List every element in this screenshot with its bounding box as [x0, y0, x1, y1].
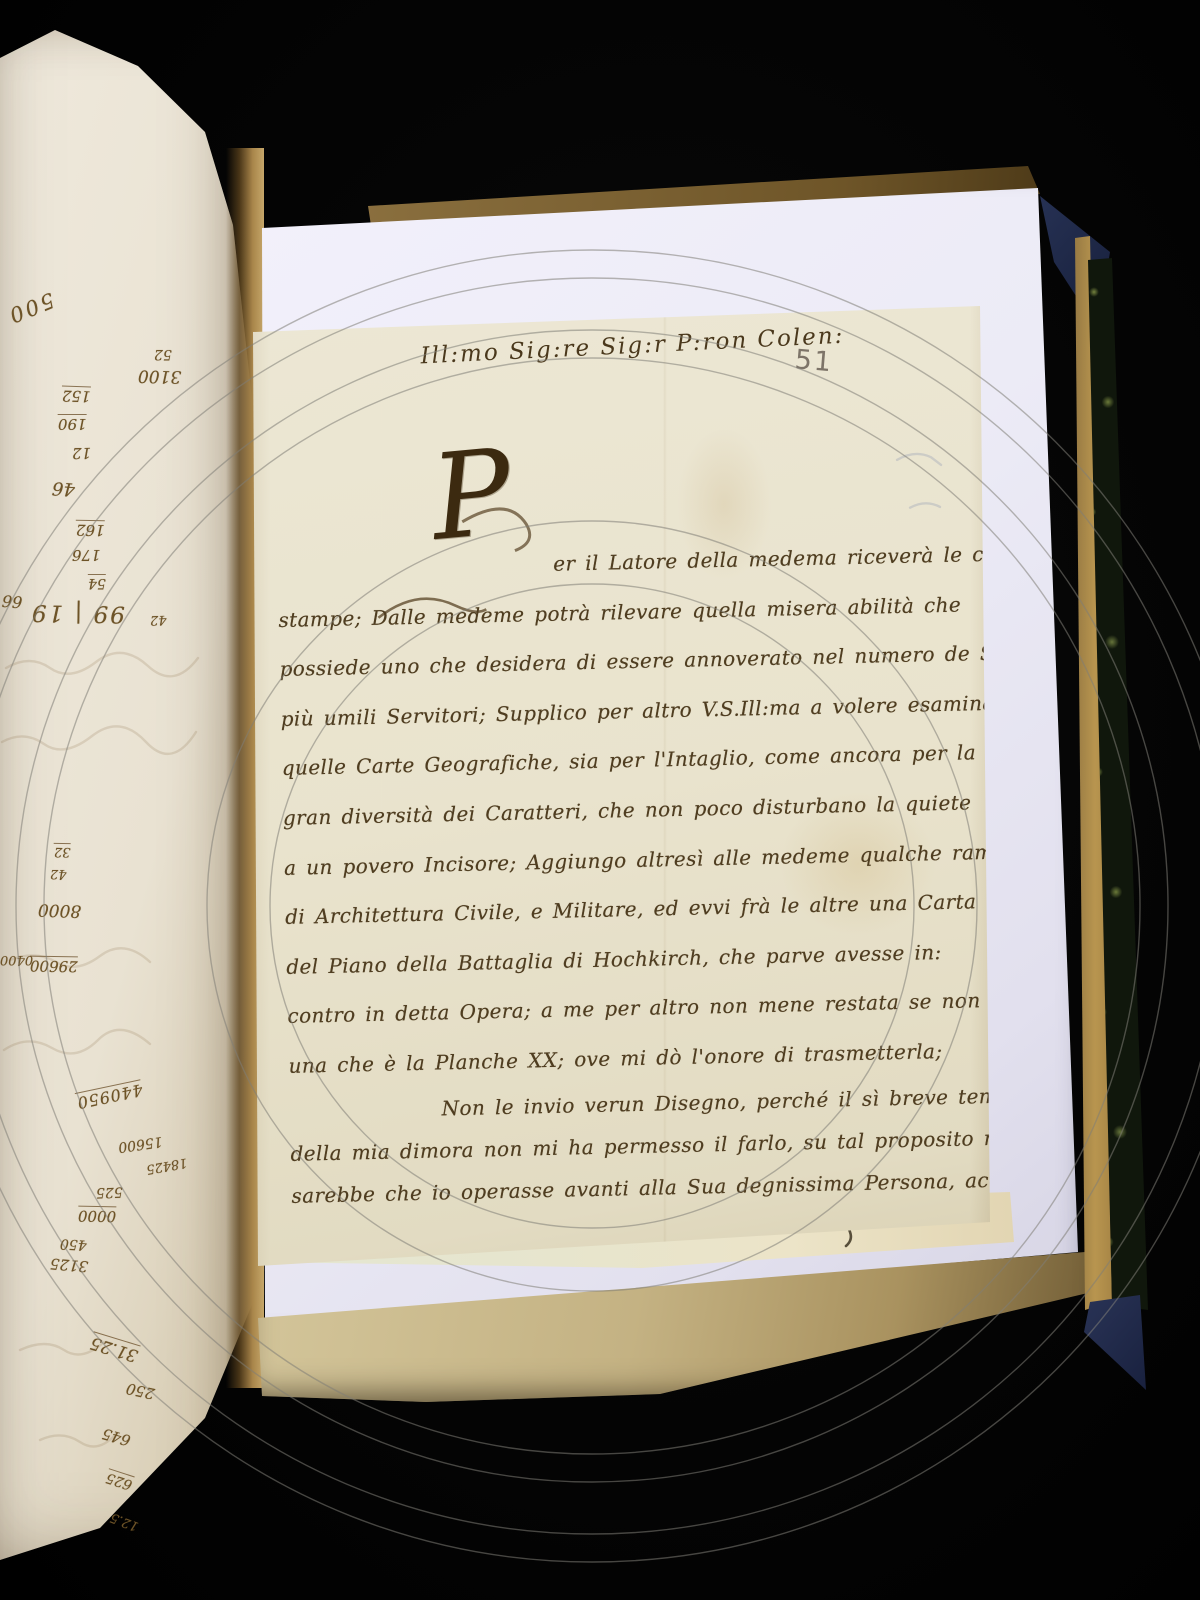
margin-note: 18425	[145, 1155, 188, 1177]
letter-paper: Ill:mo Sig:re Sig:r P:ron Colen: 51 P er…	[248, 300, 992, 1272]
margin-note: 500	[3, 288, 58, 329]
margin-note: 66	[1, 591, 23, 612]
margin-note: 3100	[138, 366, 182, 387]
margin-note: 12	[72, 444, 91, 462]
margin-note: 250	[124, 1379, 156, 1403]
margin-note: 31.25	[88, 1331, 141, 1365]
margin-note: 162	[76, 520, 105, 539]
margin-note: 52	[154, 346, 172, 362]
margin-note: 54	[88, 574, 106, 591]
pencil-show-through	[805, 444, 977, 538]
drop-cap-initial: P	[426, 432, 516, 557]
manuscript-photo: 5003100521521901246162176546699 | 194232…	[0, 0, 1200, 1600]
margin-note: 525	[96, 1184, 123, 1201]
margin-note: 625	[104, 1468, 135, 1492]
margin-note: 99 | 19	[30, 599, 125, 627]
folio-page-number: 51	[794, 344, 835, 378]
margin-note: 12.5	[108, 1509, 140, 1533]
letter-body: er il Latore della medema riceverà le co…	[277, 542, 992, 1233]
margin-note: 0400	[0, 952, 33, 967]
margin-note: 32	[54, 843, 71, 859]
margin-note: 450	[60, 1235, 88, 1252]
margin-note: 29600	[30, 956, 78, 976]
margin-note: 176	[72, 546, 101, 564]
margin-note: 3125	[49, 1254, 89, 1275]
letter-content: Ill:mo Sig:re Sig:r P:ron Colen: 51 P er…	[241, 284, 1007, 1273]
margin-note: 46	[51, 477, 75, 500]
margin-note: 190	[58, 414, 87, 433]
margin-note: 0000	[78, 1206, 117, 1226]
left-page-arithmetic: 5003100521521901246162176546699 | 194232…	[0, 0, 262, 1600]
margin-note: 440950	[75, 1079, 145, 1113]
letter-heading: Ill:mo Sig:re Sig:r P:ron Colen:	[420, 326, 781, 370]
margin-note: 42	[50, 866, 67, 881]
margin-note: 8000	[38, 899, 82, 920]
margin-note: 645	[100, 1424, 132, 1449]
margin-note: 42	[150, 612, 167, 628]
margin-note: 15600	[117, 1133, 163, 1155]
margin-note: 152	[62, 386, 91, 406]
